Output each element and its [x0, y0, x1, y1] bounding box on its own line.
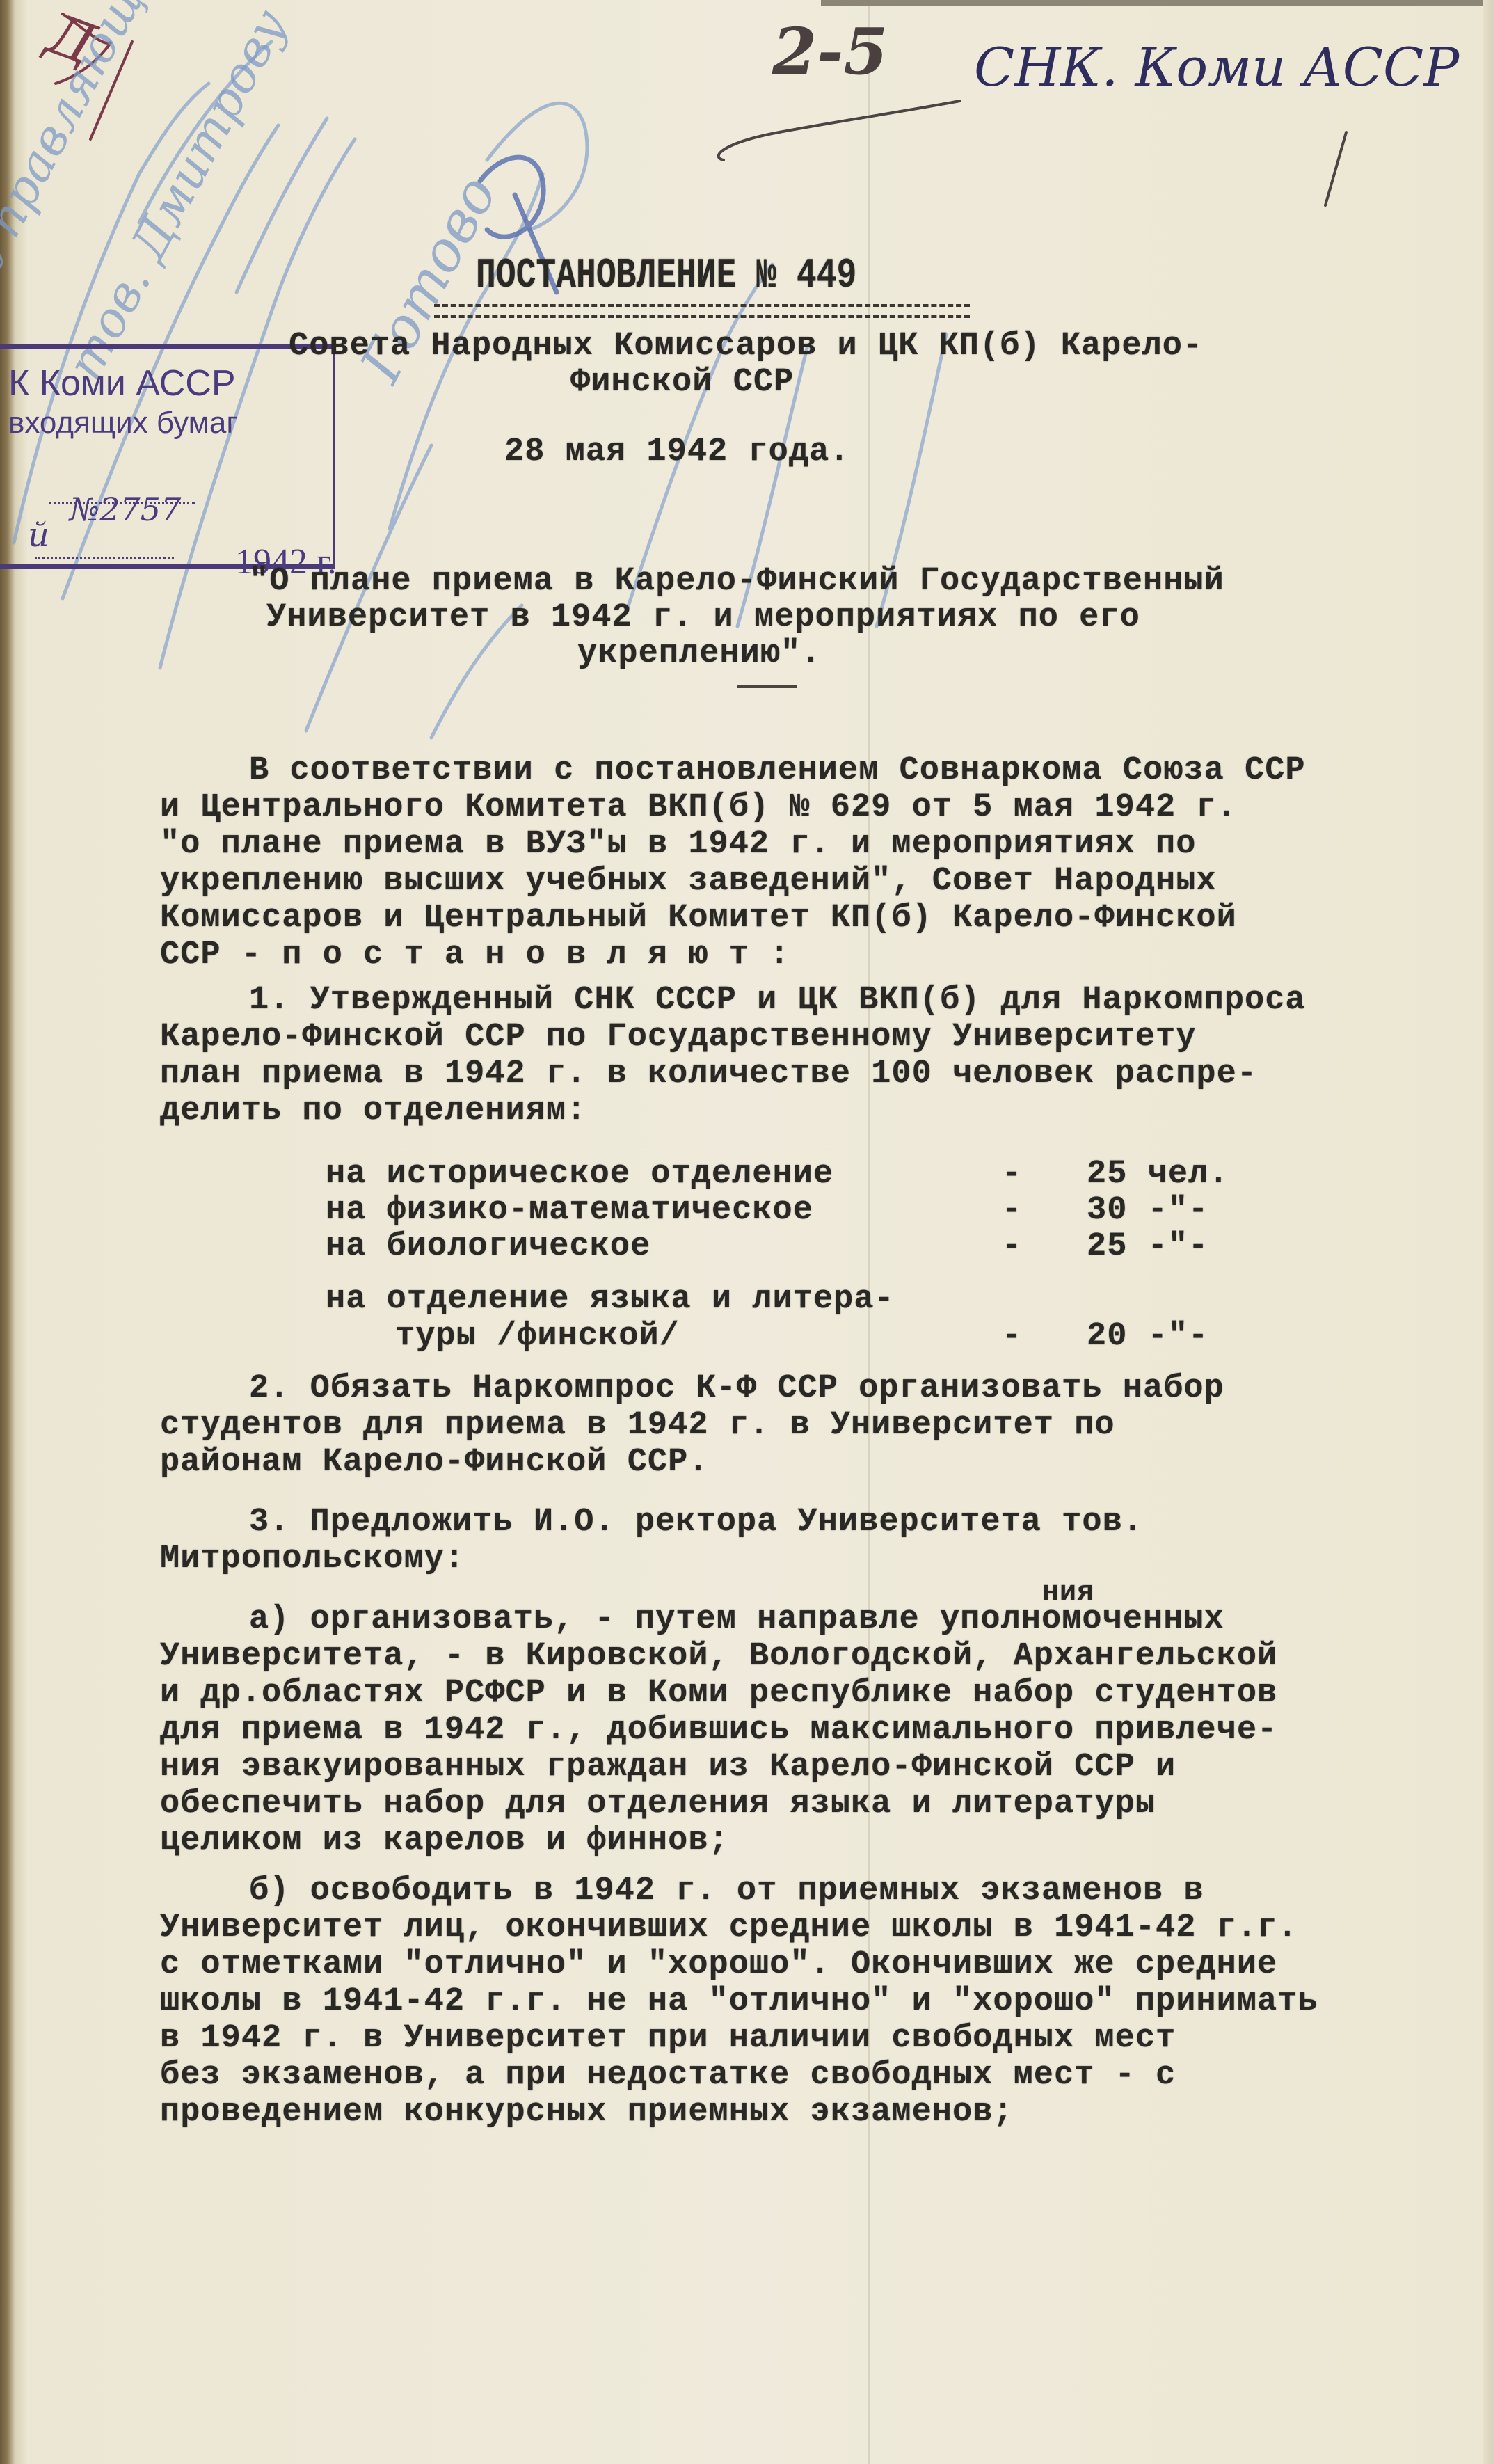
stamp-date-day: й — [28, 516, 49, 555]
department-dash: - — [1002, 1227, 1022, 1266]
handwritten-addressee: СНК. Коми АССР — [974, 36, 1459, 98]
item-3a-line: а) организовать, - путем направле уполно… — [249, 1600, 1224, 1639]
title-double-underline — [434, 304, 970, 318]
decree-date: 28 мая 1942 года. — [504, 433, 849, 472]
item-2-line: районам Карело-Финской ССР. — [160, 1443, 709, 1482]
item-3-line: 3. Предложить И.О. ректора Университета … — [249, 1503, 1143, 1542]
item-3b-line: проведением конкурсных приемных экзамено… — [160, 2093, 1014, 2132]
item-3a-line: и др.областях РСФСР и в Коми республике … — [160, 1674, 1277, 1713]
department-quantity: 25 чел. — [1087, 1155, 1229, 1194]
department-dash: - — [1002, 1155, 1022, 1194]
item-3b-line: в 1942 г. в Университет при наличии своб… — [160, 2019, 1176, 2058]
stamp-register-label: входящих бумаг — [8, 406, 237, 440]
item-3b-line: школы в 1941-42 г.г. не на "отлично" и "… — [160, 1982, 1318, 2021]
item-1-line: план приема в 1942 г. в количестве 100 ч… — [160, 1055, 1257, 1094]
item-3b-line: Университет лиц, окончивших средние школ… — [160, 1909, 1298, 1948]
item-1-line: 1. Утвержденный СНК СССР и ЦК ВКП(б) для… — [249, 981, 1306, 1020]
department-quantity: 25 -"- — [1087, 1227, 1208, 1266]
department-name: на физико-математическое — [326, 1191, 813, 1230]
item-1-line: Карело-Финской ССР по Государственному У… — [160, 1018, 1196, 1057]
subject-line-2: Университет в 1942 г. и мероприятиях по … — [266, 598, 1140, 637]
stamp-organization: К Коми АССР — [8, 363, 236, 404]
department-dash: - — [1002, 1317, 1022, 1356]
item-3a-line: целиком из карелов и финнов; — [160, 1822, 729, 1861]
stamp-date-underline — [35, 557, 174, 559]
item-2-line: 2. Обязать Наркомпрос К-Ф ССР организова… — [249, 1369, 1224, 1408]
preamble-line: В соответствии с постановлением Совнарко… — [249, 752, 1306, 790]
department-quantity: 20 -"- — [1087, 1317, 1208, 1356]
item-2-line: студентов для приема в 1942 г. в Универс… — [160, 1406, 1115, 1445]
preamble-line: укреплению высших учебных заведений", Со… — [160, 862, 1217, 901]
document-page: 2-5 СНК. Коми АССР Д Управляющему тов. Д… — [0, 0, 1493, 2464]
department-name: на биологическое — [326, 1227, 650, 1266]
department-quantity: 30 -"- — [1087, 1191, 1208, 1230]
department-name-continued: туры /финской/ — [395, 1317, 680, 1356]
page-right-edge — [1483, 0, 1493, 2464]
issuer-line-2: Финской ССР — [570, 363, 794, 402]
preamble-line: "о плане приема в ВУЗ"ы в 1942 г. и меро… — [160, 825, 1196, 864]
incoming-registration-stamp: К Коми АССР входящих бумаг №2757 й 1942 … — [0, 344, 335, 569]
subject-underline — [737, 685, 797, 688]
item-3b-line: б) освободить в 1942 г. от приемных экза… — [249, 1872, 1204, 1911]
preamble-line: и Центрального Комитета ВКП(б) № 629 от … — [160, 788, 1237, 827]
preamble-line: ССР - п о с т а н о в л я ю т : — [160, 936, 790, 975]
page-top-edge — [821, 0, 1493, 6]
item-3a-line: для приема в 1942 г., добившись максимал… — [160, 1711, 1277, 1750]
stamp-number-prefix: № — [70, 491, 100, 528]
item-3a-line: Университета, - в Кировской, Вологодской… — [160, 1637, 1277, 1676]
handwritten-reference-number: 2-5 — [772, 14, 888, 89]
item-3b-line: без экзаменов, а при недостатке свободны… — [160, 2056, 1176, 2095]
subject-line-1: "О плане приема в Карело-Финский Государ… — [249, 562, 1224, 601]
item-1-line: делить по отделениям: — [160, 1092, 586, 1131]
item-3a-line: обеспечить набор для отделения языка и л… — [160, 1785, 1156, 1824]
department-dash: - — [1002, 1191, 1022, 1230]
item-3b-line: с отметками "отлично" и "хорошо". Окончи… — [160, 1946, 1277, 1985]
item-3-line: Митропольскому: — [160, 1540, 465, 1579]
department-name: на отделение языка и литера- — [326, 1280, 895, 1319]
decree-title: ПОСТАНОВЛЕНИЕ № 449 — [476, 252, 856, 301]
item-3a-line: ния эвакуированных граждан из Карело-Фин… — [160, 1748, 1176, 1787]
preamble-line: Комиссаров и Центральный Комитет КП(б) К… — [160, 899, 1237, 938]
subject-line-3: укреплению". — [577, 635, 821, 674]
stamp-number-value: 2757 — [99, 491, 181, 528]
stamp-number-underline — [49, 502, 195, 504]
department-name: на историческое отделение — [326, 1155, 833, 1194]
issuer-line-1: Совета Народных Комиссаров и ЦК КП(б) Ка… — [289, 327, 1203, 366]
